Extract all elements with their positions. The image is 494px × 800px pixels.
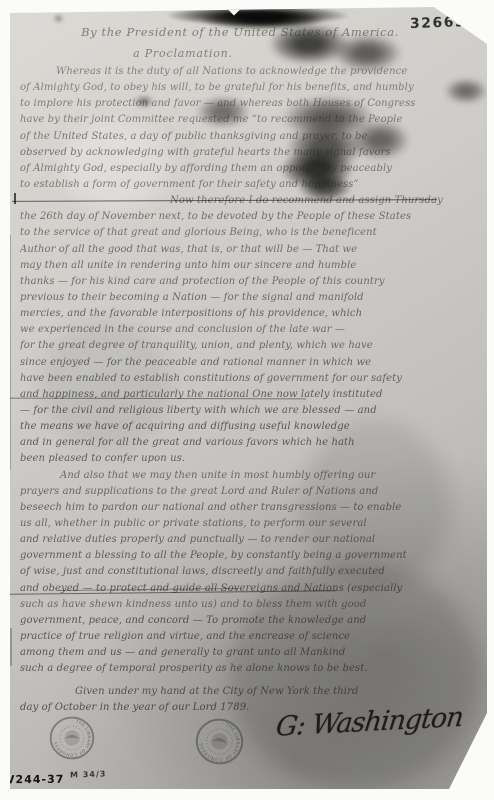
manuscript-line: been pleased to confer upon us.: [20, 451, 484, 467]
manuscript-line: the 26th day of November next, to be dev…: [20, 209, 484, 225]
manuscript-line: to implore his protection and favor — an…: [20, 96, 484, 112]
manuscript-line: and in general for all the great and var…: [20, 435, 484, 451]
scan-edge-line: [9, 235, 11, 470]
manuscript-line: And also that we may then unite in most …: [20, 468, 484, 484]
manuscript-line: Author of all the good that was, that is…: [20, 242, 484, 258]
manuscript-line: practice of true religion and virtue, an…: [20, 629, 484, 645]
manuscript-line: of the United States, a day of public th…: [20, 129, 484, 145]
manuscript-line: prayers and supplications to the great L…: [20, 484, 484, 500]
ink-tick-mark: [14, 193, 16, 204]
manuscript-line: to establish a form of government for th…: [20, 177, 484, 193]
manuscript-line: among them and us — and generally to gra…: [20, 645, 484, 661]
scan-edge-line: [9, 628, 12, 666]
document-subtitle: a Proclamation.: [118, 47, 248, 60]
manuscript-line: and relative duties properly and punctua…: [20, 532, 484, 548]
manuscript-line: of wise, just and constitutional laws, d…: [20, 564, 484, 580]
manuscript-line: of Almighty God, to obey his will, to be…: [20, 80, 484, 96]
manuscript-line: thanks — for his kind care and protectio…: [20, 274, 484, 290]
manuscript-line: may then all unite in rendering unto him…: [20, 258, 484, 274]
manuscript-line: beseech him to pardon our national and o…: [20, 500, 484, 516]
document-title: By the President of the United States of…: [40, 25, 440, 39]
manuscript-line: observed by acknowledging with grateful …: [20, 145, 484, 161]
manuscript-line: the means we have of acquiring and diffu…: [20, 419, 484, 435]
manuscript-line: we experienced in the course and conclus…: [20, 322, 484, 338]
manuscript-line: Given under my hand at the City of New Y…: [20, 684, 484, 700]
manuscript-line: have been enabled to establish constitut…: [20, 371, 484, 387]
ink-blot: [54, 15, 63, 22]
manuscript-line: such as have shewn kindness unto us) and…: [20, 597, 484, 613]
manuscript-line: Whereas it is the duty of all Nations to…: [20, 64, 484, 80]
manuscript-line: since enjoyed — for the peaceable and ra…: [20, 355, 484, 371]
library-of-congress-stamp: · THE LIBRARY OF CONGRESS ·: [189, 713, 250, 769]
manuscript-line: government, peace, and concord — To prom…: [20, 613, 484, 629]
manuscript-line: — for the civil and religious liberty wi…: [20, 403, 484, 419]
document-paper: 32663· By the President of the United St…: [0, 0, 494, 800]
manuscript-line: to the service of that great and gloriou…: [20, 225, 484, 241]
manuscript-body: Whereas it is the duty of all Nations to…: [20, 64, 484, 717]
manuscript-line: government a blessing to all the People,…: [20, 548, 484, 564]
library-of-congress-stamp: · THE LIBRARY OF CONGRESS ·: [46, 715, 98, 761]
manuscript-line: mercies, and the favorable interposition…: [20, 306, 484, 322]
manuscript-line: have by their joint Committee requested …: [20, 112, 484, 128]
scanned-document-page: 32663· By the President of the United St…: [0, 0, 494, 800]
catalog-mark-right: M 34/3: [70, 769, 107, 779]
manuscript-line: previous to their becoming a Nation — fo…: [20, 290, 484, 306]
manuscript-line: and obeyed — to protect and guide all So…: [20, 581, 484, 597]
manuscript-line: for the great degree of tranquility, uni…: [20, 338, 484, 354]
manuscript-line: such a degree of temporal prosperity as …: [20, 661, 484, 677]
manuscript-line: of Almighty God, especially by affording…: [20, 161, 484, 177]
manuscript-line: us all, whether in public or private sta…: [20, 516, 484, 532]
catalog-mark-left: V244-37: [6, 773, 64, 787]
manuscript-line: and happiness, and particularly the nati…: [20, 387, 484, 403]
